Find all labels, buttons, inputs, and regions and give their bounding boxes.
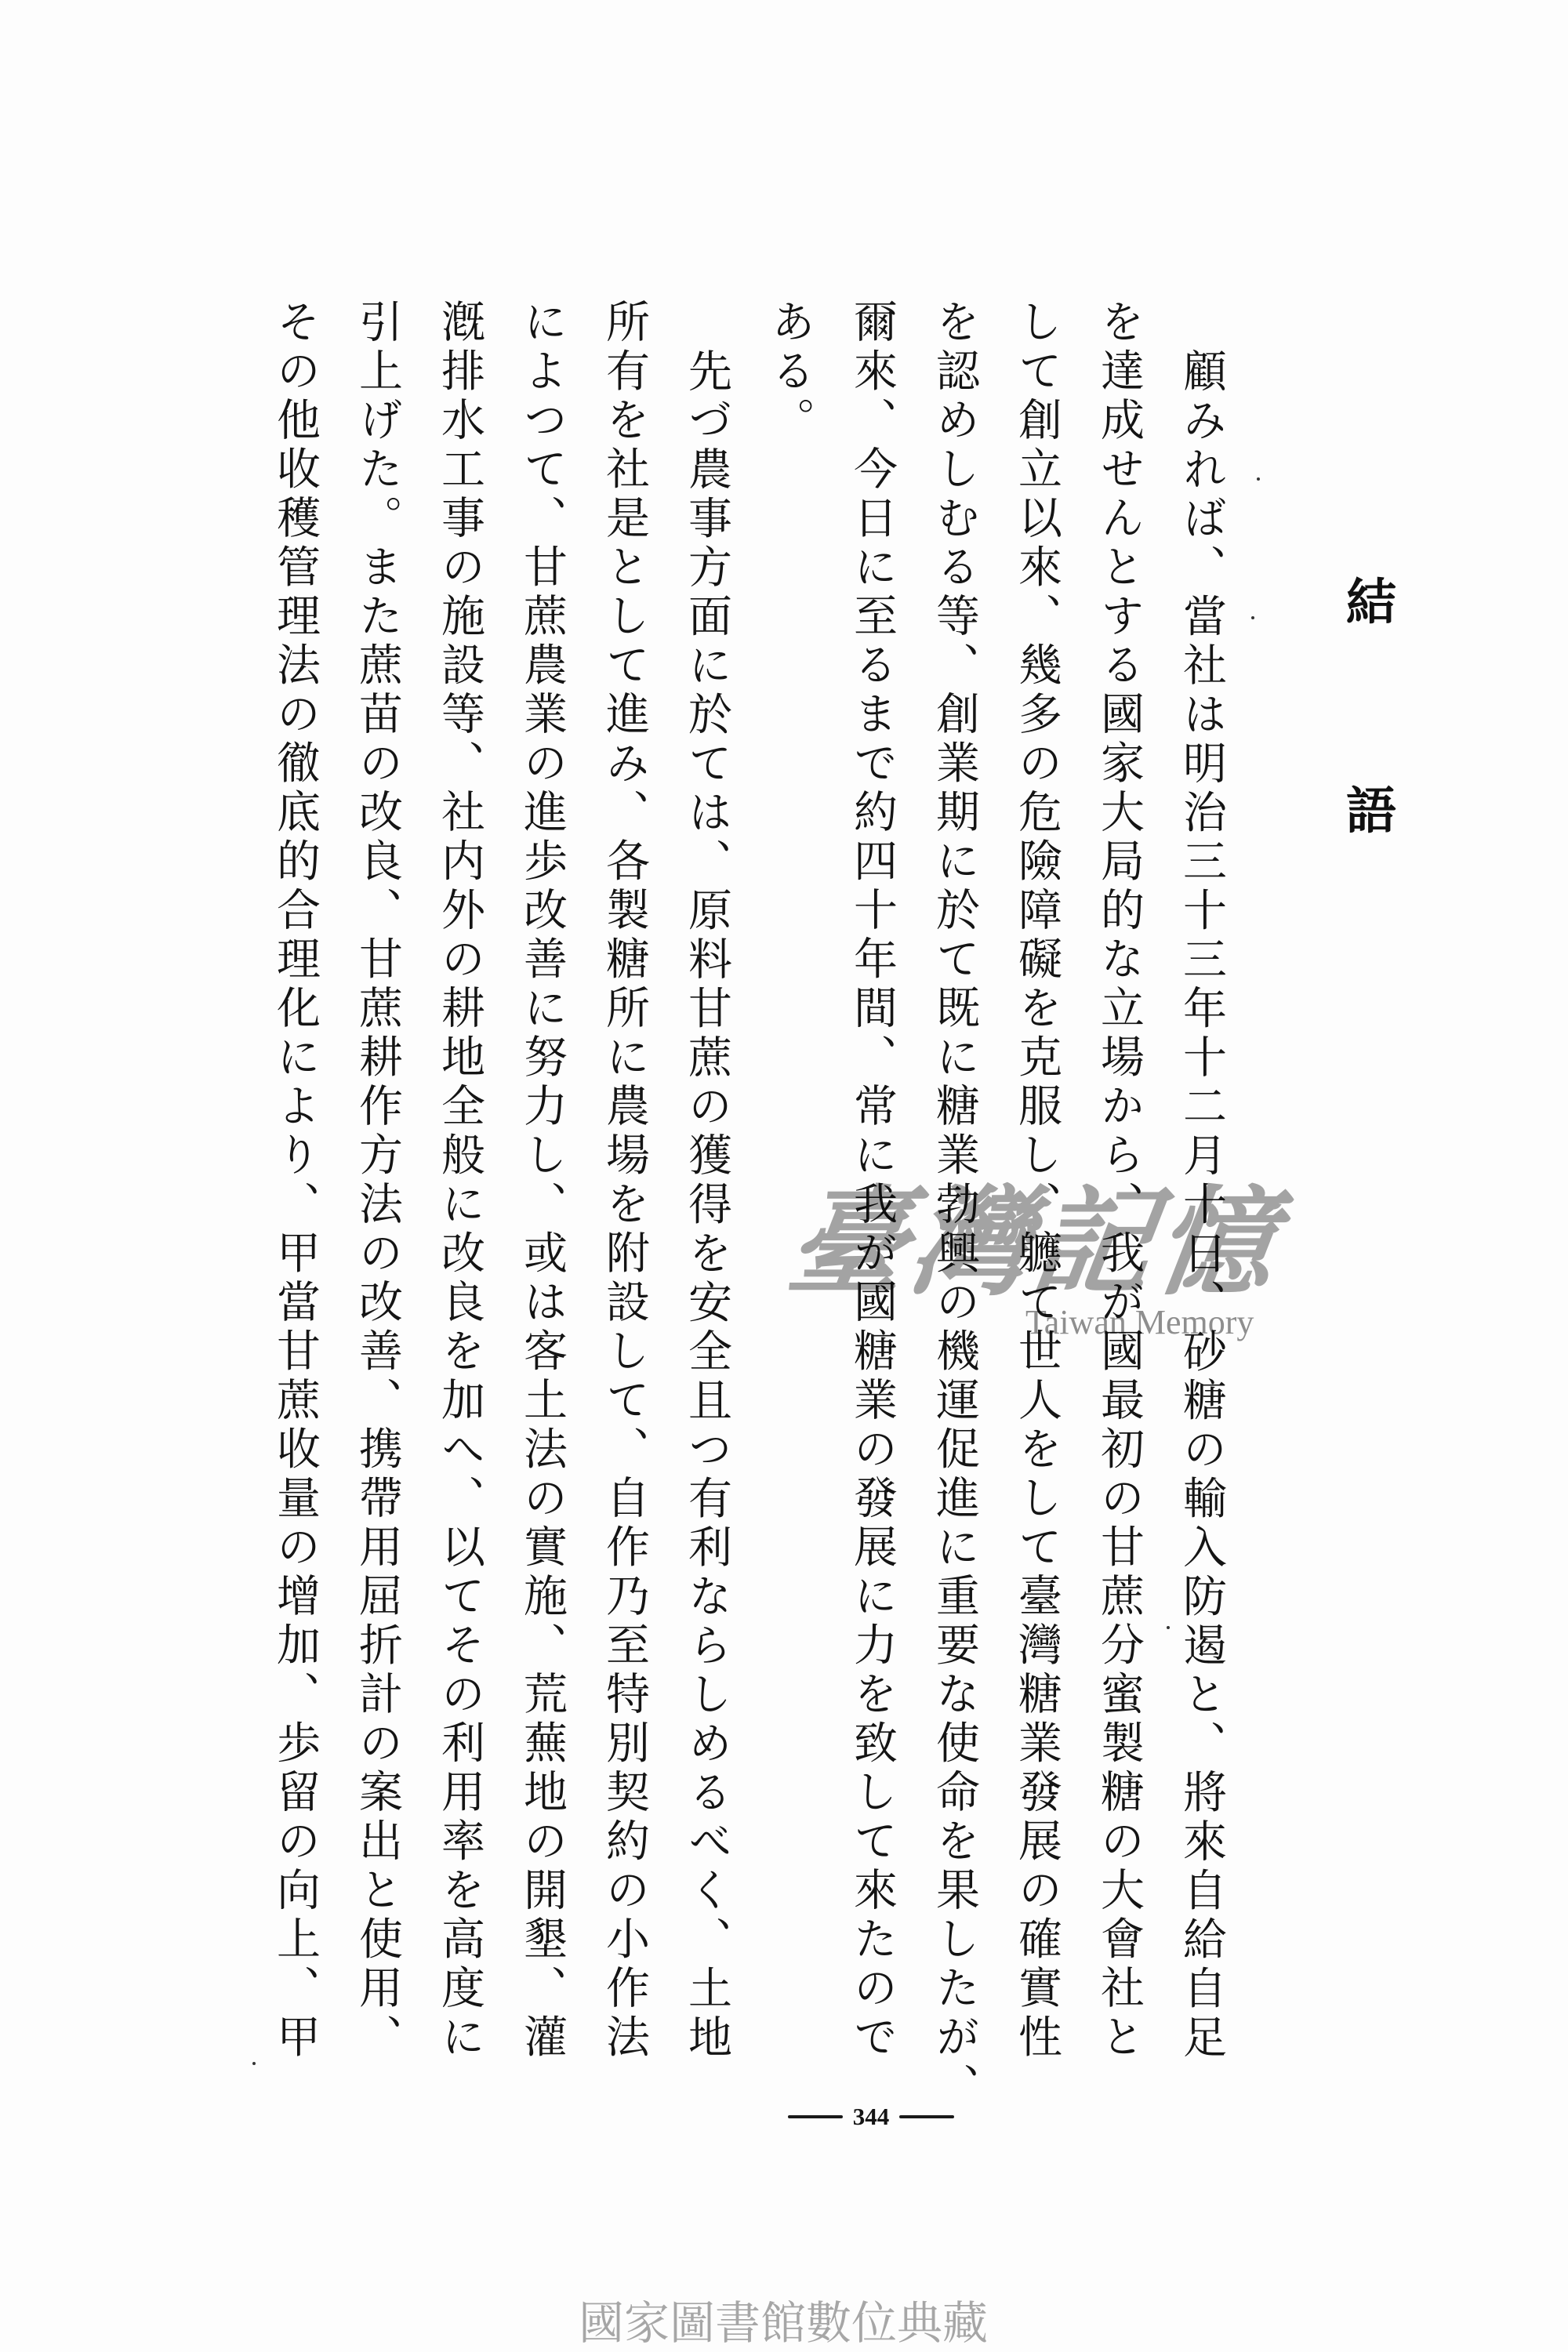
page-number-value: 344 (853, 2103, 890, 2130)
section-title: 結語 (1340, 575, 1393, 993)
page-number-dash-left (788, 2115, 843, 2118)
page-number-dash-right (899, 2115, 954, 2118)
text-column-12: その他收穫管理法の徹底的合理化により、甲當甘蔗收量の增加、歩留の向上、甲 (270, 299, 319, 2063)
text-column-8: 所有を社是として進み、各製糖所に農場を附設して、自作乃至特別契約の小作法 (600, 299, 648, 2063)
text-column-9: によつて、甘蔗農業の進歩改善に努力し、或は客土法の實施、荒蕪地の開墾、灌 (517, 299, 566, 2063)
text-column-7: 先づ農事方面に於ては、原料甘蔗の獲得を安全且つ有利ならしめるべく、土地 (682, 299, 731, 2063)
scan-speck (1251, 616, 1254, 619)
scan-speck (252, 2062, 256, 2065)
taiwan-memory-watermark-logo: 臺灣記憶 (780, 1176, 1288, 1309)
scan-speck (1167, 1626, 1170, 1629)
scan-speck (1257, 477, 1260, 481)
library-collection-footer: 國家圖書館數位典藏 (579, 2300, 988, 2346)
page-number: 344 (788, 2103, 954, 2130)
text-column-11: 引上げた。また蔗苗の改良、甘蔗耕作方法の改善、携帶用屈折計の案出と使用、 (353, 299, 401, 2063)
taiwan-memory-watermark-caption: Taiwan Memory (1025, 1305, 1254, 1340)
text-column-6: ある。 (765, 299, 814, 446)
scanned-book-page: 結語 顧みれば、當社は明治三十三年十二月十日、砂糖の輸入防遏と、將來自給自足 を… (0, 0, 1568, 2352)
text-column-10: 漑排水工事の施設等、社内外の耕地全般に改良を加へ、以てその利用率を高度に (435, 299, 484, 2063)
